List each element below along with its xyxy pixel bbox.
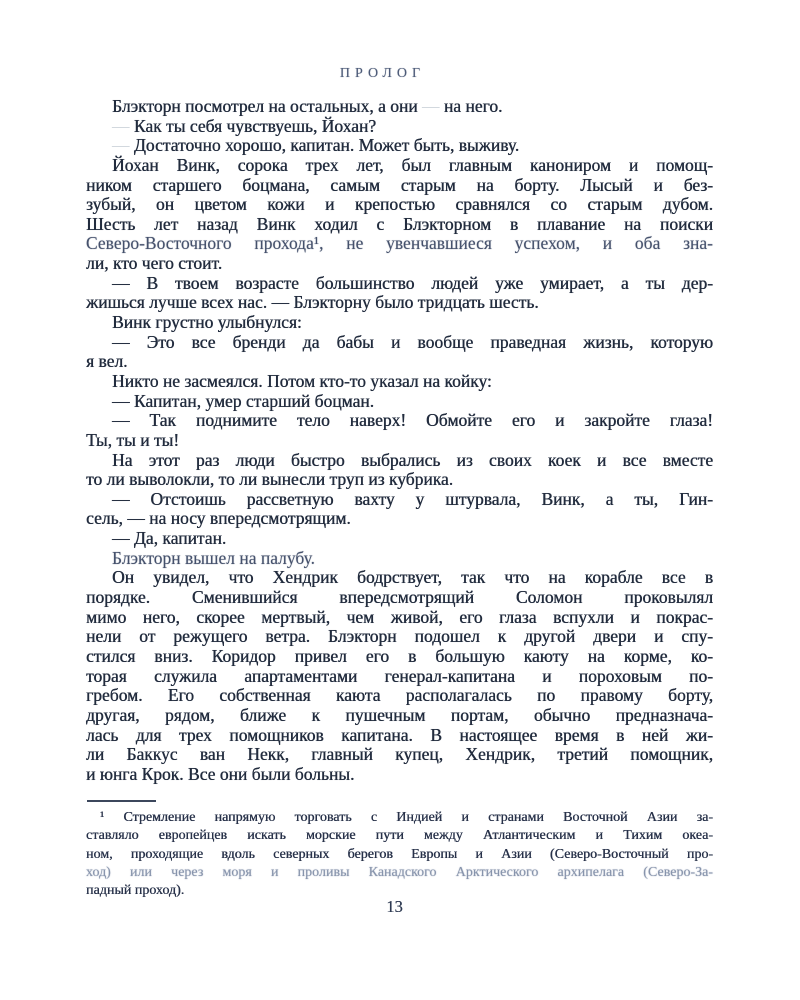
text-line: — Это все бренди да бабы и вообще правед…	[86, 333, 713, 353]
text-line: — Так поднимите тело наверх! Обмойте его…	[86, 411, 713, 431]
text-line: — Достаточно хорошо, капитан. Может быть…	[86, 136, 713, 156]
text-line: торая служила апартаментами генерал-капи…	[86, 667, 713, 687]
text-line: лась для трех помощников капитана. В нас…	[86, 726, 713, 746]
text-line: Северо-Восточного прохода¹, не увенчавши…	[86, 234, 713, 254]
text-line: ли Баккус ван Некк, главный купец, Хендр…	[86, 745, 713, 765]
text-line: Блэкторн вышел на палубу.	[86, 549, 713, 569]
text-line: гребом. Его собственная каюта располагал…	[86, 686, 713, 706]
text-line: я вел.	[86, 352, 713, 372]
text-line: На этот раз люди быстро выбрались из сво…	[86, 451, 713, 471]
text-line: Ты, ты и ты!	[86, 431, 713, 451]
text-line: — Да, капитан.	[86, 529, 713, 549]
text-line: Блэкторн посмотрел на остальных, а они —…	[86, 97, 713, 117]
text-line: порядке. Сменившийся впередсмотрящий Сол…	[86, 588, 713, 608]
text-line: Он увидел, что Хендрик бодрствует, так ч…	[86, 568, 713, 588]
line-text: Как ты себя чувствуешь, Йохан?	[130, 116, 377, 136]
body-text: Блэкторн посмотрел на остальных, а они —…	[86, 97, 713, 784]
text-line: стился вниз. Коридор привел его в большу…	[86, 647, 713, 667]
text-line: зубый, он цветом кожи и крепостью сравня…	[86, 195, 713, 215]
text-line: — Как ты себя чувствуешь, Йохан?	[86, 117, 713, 137]
text-line: мимо него, скорее мертвый, чем живой, ег…	[86, 608, 713, 628]
text-line: нели от режущего ветра. Блэкторн подошел…	[86, 627, 713, 647]
text-line: жишься лучше всех нас. — Блэкторну было …	[86, 293, 713, 313]
line-text: Достаточно хорошо, капитан. Может быть, …	[130, 135, 520, 155]
text-line: — В твоем возрасте большинство людей уже…	[86, 274, 713, 294]
faded-dash: —	[112, 135, 130, 155]
page-number: 13	[81, 897, 708, 917]
line-text: на него.	[439, 96, 502, 116]
text-line: то ли выволокли, то ли вынесли труп из к…	[86, 470, 713, 490]
text-line: ником старшего боцмана, самым старым на …	[86, 176, 713, 196]
book-page: ПРОЛОГ Блэкторн посмотрел на остальных, …	[0, 0, 800, 1000]
text-line: и юнга Крок. Все они были больны.	[86, 765, 713, 785]
text-line: Йохан Винк, сорока трех лет, был главным…	[86, 156, 713, 176]
footnote-separator	[87, 800, 156, 802]
text-line: ли, кто чего стоит.	[86, 254, 713, 274]
footnote-line: ставляло европейцев искать морские пути …	[86, 827, 713, 845]
faded-dash: —	[422, 96, 440, 116]
footnote-line: ном, проходящие вдоль северных берегов Е…	[86, 846, 713, 864]
text-line: Никто не засмеялся. Потом кто-то указал …	[86, 372, 713, 392]
text-line: — Отстоишь рассветную вахту у штурвала, …	[86, 490, 713, 510]
line-text: Блэкторн посмотрел на остальных, а они	[112, 96, 422, 116]
footnote: ¹ Стремление напрямую торговать с Индией…	[86, 809, 713, 900]
text-line: Шесть лет назад Винк ходил с Блэкторном …	[86, 215, 713, 235]
text-line: другая, рядом, ближе к пушечным портам, …	[86, 706, 713, 726]
text-line: — Капитан, умер старший боцман.	[86, 392, 713, 412]
faded-dash: —	[112, 116, 130, 136]
chapter-title: ПРОЛОГ	[69, 66, 696, 82]
footnote-line: ¹ Стремление напрямую торговать с Индией…	[86, 809, 713, 827]
footnote-line: ход) или через моря и проливы Канадского…	[86, 864, 713, 882]
text-line: Винк грустно улыбнулся:	[86, 313, 713, 333]
text-line: сель, — на носу впередсмотрящим.	[86, 509, 713, 529]
